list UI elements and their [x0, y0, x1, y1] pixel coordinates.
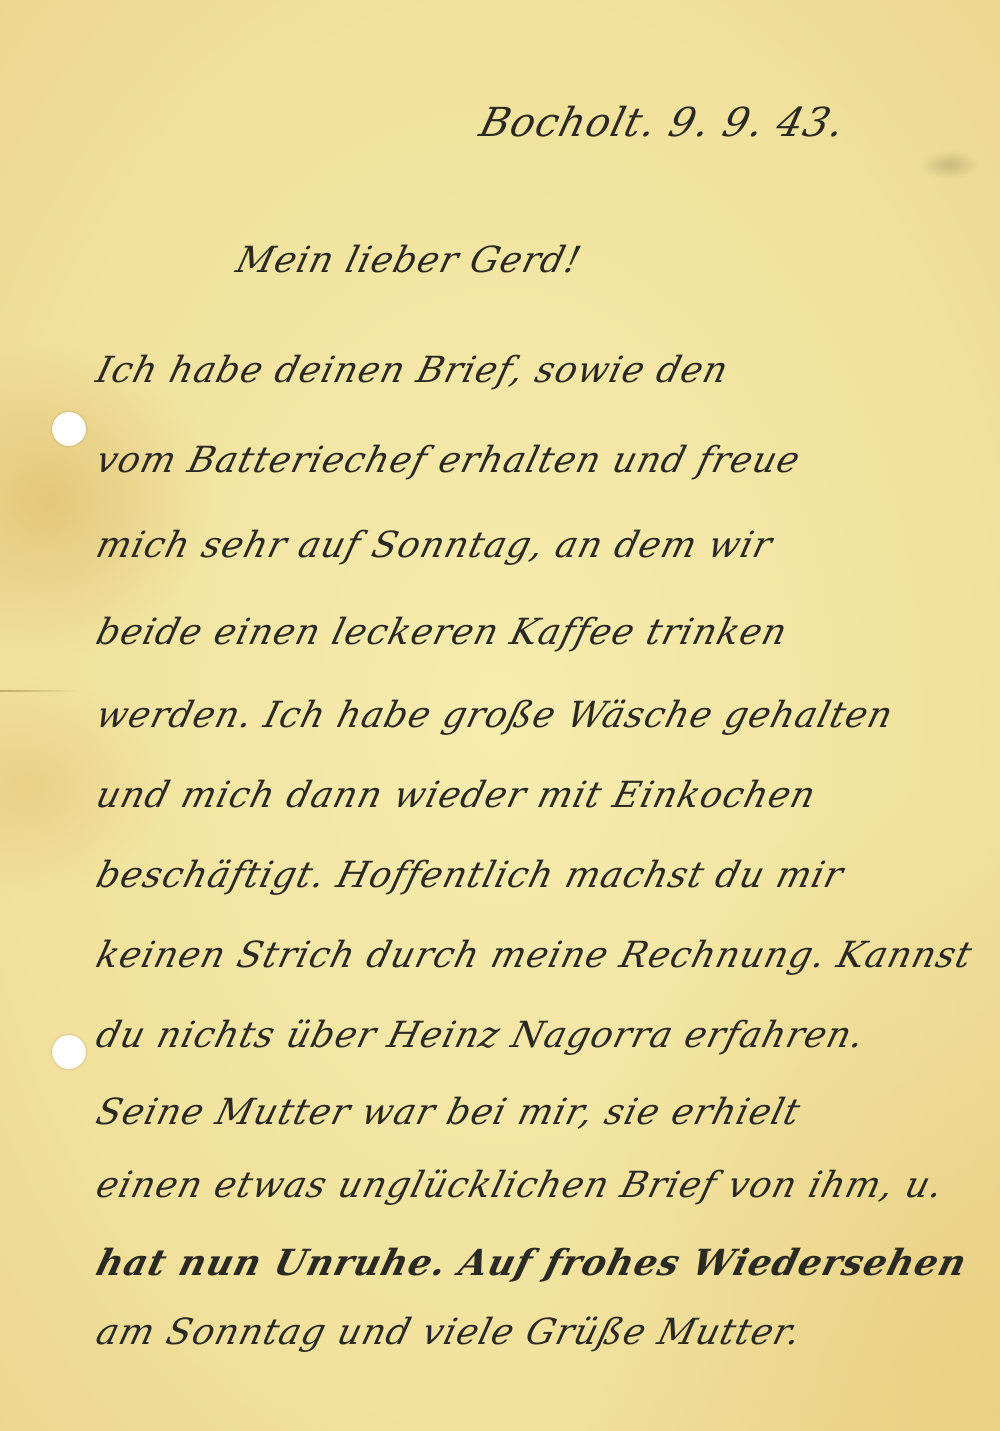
punch-hole-bottom	[52, 1035, 86, 1069]
ink-smudge	[920, 150, 980, 180]
letter-line: und mich dann wieder mit Einkochen	[92, 775, 820, 816]
letter-line: Ich habe deinen Brief, sowie den	[92, 350, 733, 391]
letter-line: keinen Strich durch meine Rechnung. Kann…	[92, 935, 977, 976]
letter-line: Seine Mutter war bei mir, sie erhielt	[92, 1092, 805, 1133]
salutation: Mein lieber Gerd!	[232, 240, 586, 281]
letter-line: werden. Ich habe große Wäsche gehalten	[92, 695, 898, 736]
place-date: Bocholt. 9. 9. 43.	[475, 100, 850, 146]
letter-line: beschäftigt. Hoffentlich machst du mir	[92, 855, 848, 896]
punch-hole-top	[52, 412, 86, 446]
letter-line: beide einen leckeren Kaffee trinken	[92, 612, 792, 653]
letter-page: Bocholt. 9. 9. 43. Mein lieber Gerd! Ich…	[0, 0, 1000, 1431]
letter-line: du nichts über Heinz Nagorra erfahren.	[92, 1015, 869, 1056]
letter-line: hat nun Unruhe. Auf frohes Wiedersehen	[92, 1242, 971, 1284]
letter-line: einen etwas unglücklichen Brief von ihm,…	[92, 1165, 948, 1206]
letter-line: mich sehr auf Sonntag, an dem wir	[92, 525, 777, 566]
paper-fold-crease	[0, 690, 80, 692]
letter-line: vom Batteriechef erhalten und freue	[92, 440, 805, 481]
letter-line-closing: am Sonntag und viele Grüße Mutter.	[92, 1312, 806, 1353]
